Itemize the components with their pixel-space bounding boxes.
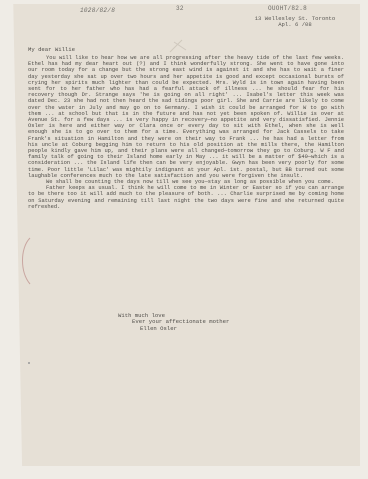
letter-body: You will like to hear how we are all pro… <box>28 55 344 210</box>
paper-speck <box>28 362 30 364</box>
letter-closing: With much love Ever your affectionate mo… <box>118 313 229 332</box>
archive-reference-right: OUOHT/82.8 <box>268 5 307 12</box>
sender-address: 13 Wellesley St. Toronto Apl. 6 /08 <box>240 16 350 28</box>
letter-date: Apl. 6 /08 <box>240 22 350 28</box>
pencil-mark-icon <box>168 36 188 56</box>
salutation: My dear Willie <box>28 46 75 53</box>
paragraph: Father keeps as usual. I think he will c… <box>28 185 344 210</box>
archive-reference-left: 1028/82/8 <box>80 7 115 14</box>
page-number: 32 <box>176 5 184 12</box>
paragraph: You will like to hear how we are all pro… <box>28 55 344 179</box>
signature: Ellen Osler <box>118 326 229 332</box>
margin-bracket-icon <box>18 236 32 286</box>
